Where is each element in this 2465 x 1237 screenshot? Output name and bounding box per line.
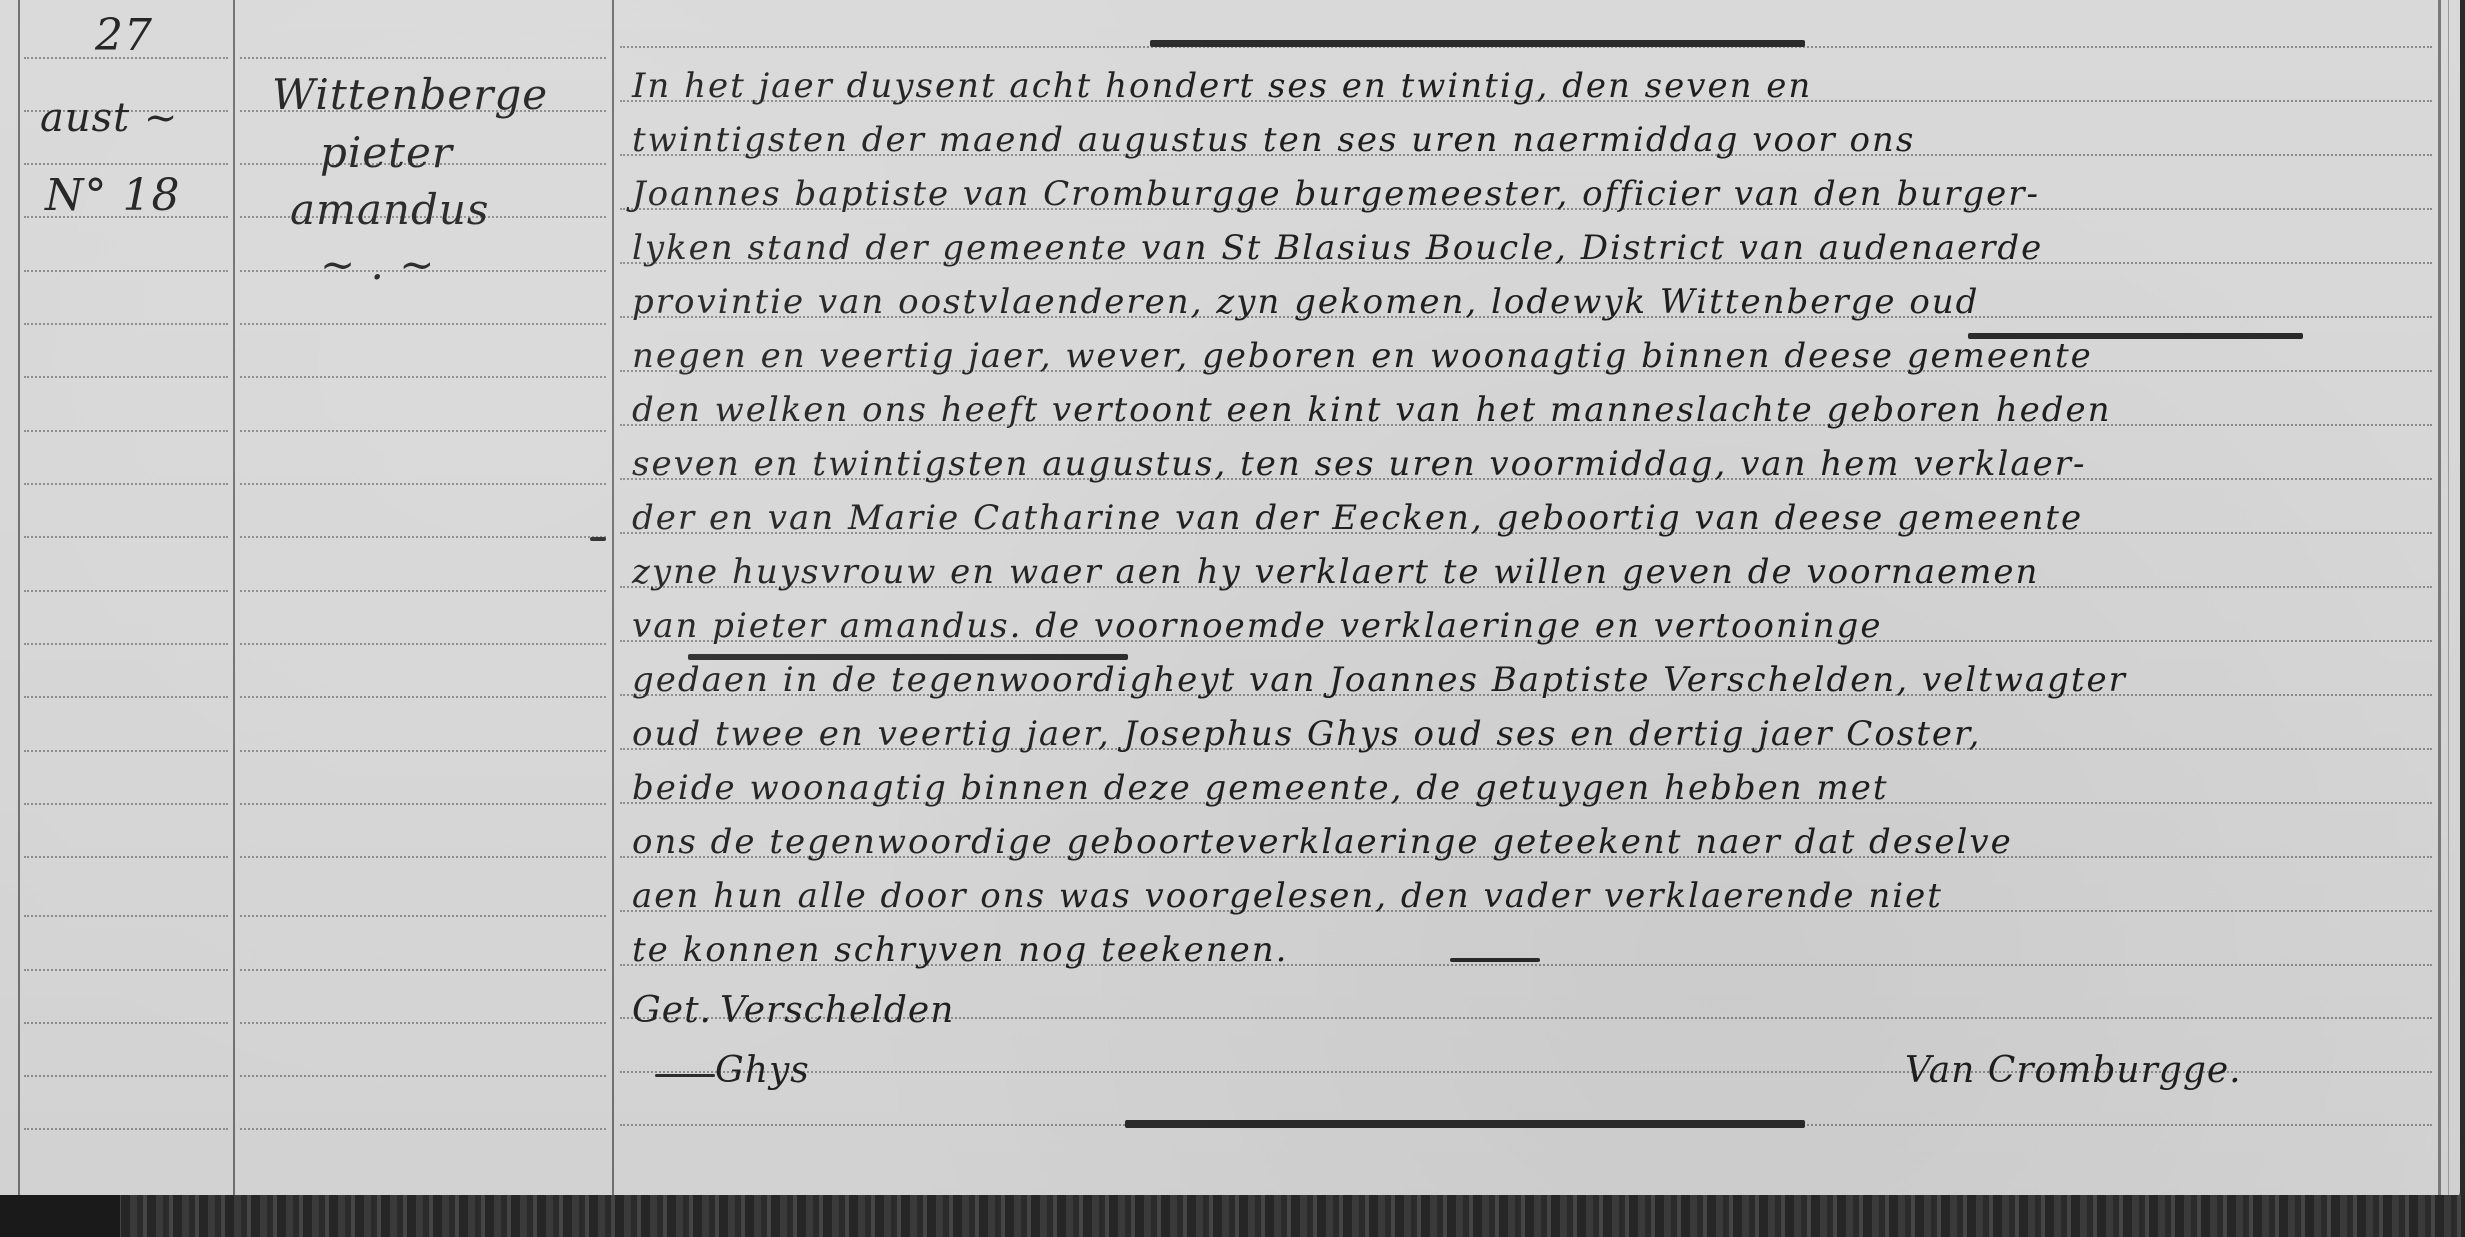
entry-number: N° 18	[45, 170, 180, 221]
section-separator-bottom	[1125, 1120, 1805, 1128]
page-edge-rule-thin	[2448, 0, 2449, 1205]
act-line: den welken ons heeft vertoont een kint v…	[632, 390, 2422, 430]
act-line: In het jaer duysent acht hondert ses en …	[632, 66, 2422, 106]
entry-month: aust ~	[40, 95, 178, 141]
child-given-name-1: pieter	[320, 128, 453, 177]
name-flourish: ~ . ~	[320, 240, 435, 289]
signature-officer-van-cromburgge: Van Cromburgge.	[1905, 1050, 2242, 1091]
scan-bottom-edge	[0, 1195, 2465, 1237]
act-line: ons de tegenwoordige geboorteverklaering…	[632, 822, 2422, 862]
act-line: seven en twintigsten augustus, ten ses u…	[632, 444, 2422, 484]
page-edge-rule	[2438, 0, 2441, 1205]
underline-father-surname	[1968, 333, 2303, 339]
act-line: lyken stand der gemeente van St Blasius …	[632, 228, 2422, 268]
act-line: provintie van oostvlaenderen, zyn gekome…	[632, 282, 2422, 322]
margin-rule	[18, 0, 20, 1205]
act-line: oud twee en veertig jaer, Josephus Ghys …	[632, 714, 2422, 754]
entry-day: 27	[95, 10, 153, 61]
child-given-name-2: amandus	[290, 185, 489, 234]
column-divider-name	[612, 0, 614, 1205]
act-line: zyne huysvrouw en waer aen hy verklaert …	[632, 552, 2422, 592]
act-line: beide woonagtig binnen deze gemeente, de…	[632, 768, 2422, 808]
act-line: aen hun alle door ons was voorgelesen, d…	[632, 876, 2422, 916]
act-line-last: te konnen schryven nog teekenen.	[632, 930, 1288, 970]
underline-child-name	[688, 654, 1128, 660]
register-page: 27 aust ~ N° 18 Wittenberge pieter amand…	[0, 0, 2460, 1205]
signature-witness-ghys: Ghys	[715, 1050, 810, 1091]
act-line: Joannes baptiste van Cromburgge burgemee…	[632, 174, 2422, 214]
act-line: twintigsten der maend augustus ten ses u…	[632, 120, 2422, 160]
act-line: der en van Marie Catharine van der Eecke…	[632, 498, 2422, 538]
margin-dash	[590, 537, 606, 541]
act-line: van pieter amandus. de voornoemde verkla…	[632, 606, 2422, 646]
signature-witness-verschelden: Verschelden	[720, 990, 954, 1031]
signature-prefix: Get.	[632, 990, 712, 1031]
end-of-text-dash	[1450, 958, 1540, 962]
section-separator-top	[1150, 40, 1805, 47]
child-surname: Wittenberge	[272, 70, 548, 119]
act-line: negen en veertig jaer, wever, geboren en…	[632, 336, 2422, 376]
column-divider-date	[233, 0, 235, 1205]
signature-dash	[655, 1074, 715, 1077]
act-line: gedaen in de tegenwoordigheyt van Joanne…	[632, 660, 2422, 700]
